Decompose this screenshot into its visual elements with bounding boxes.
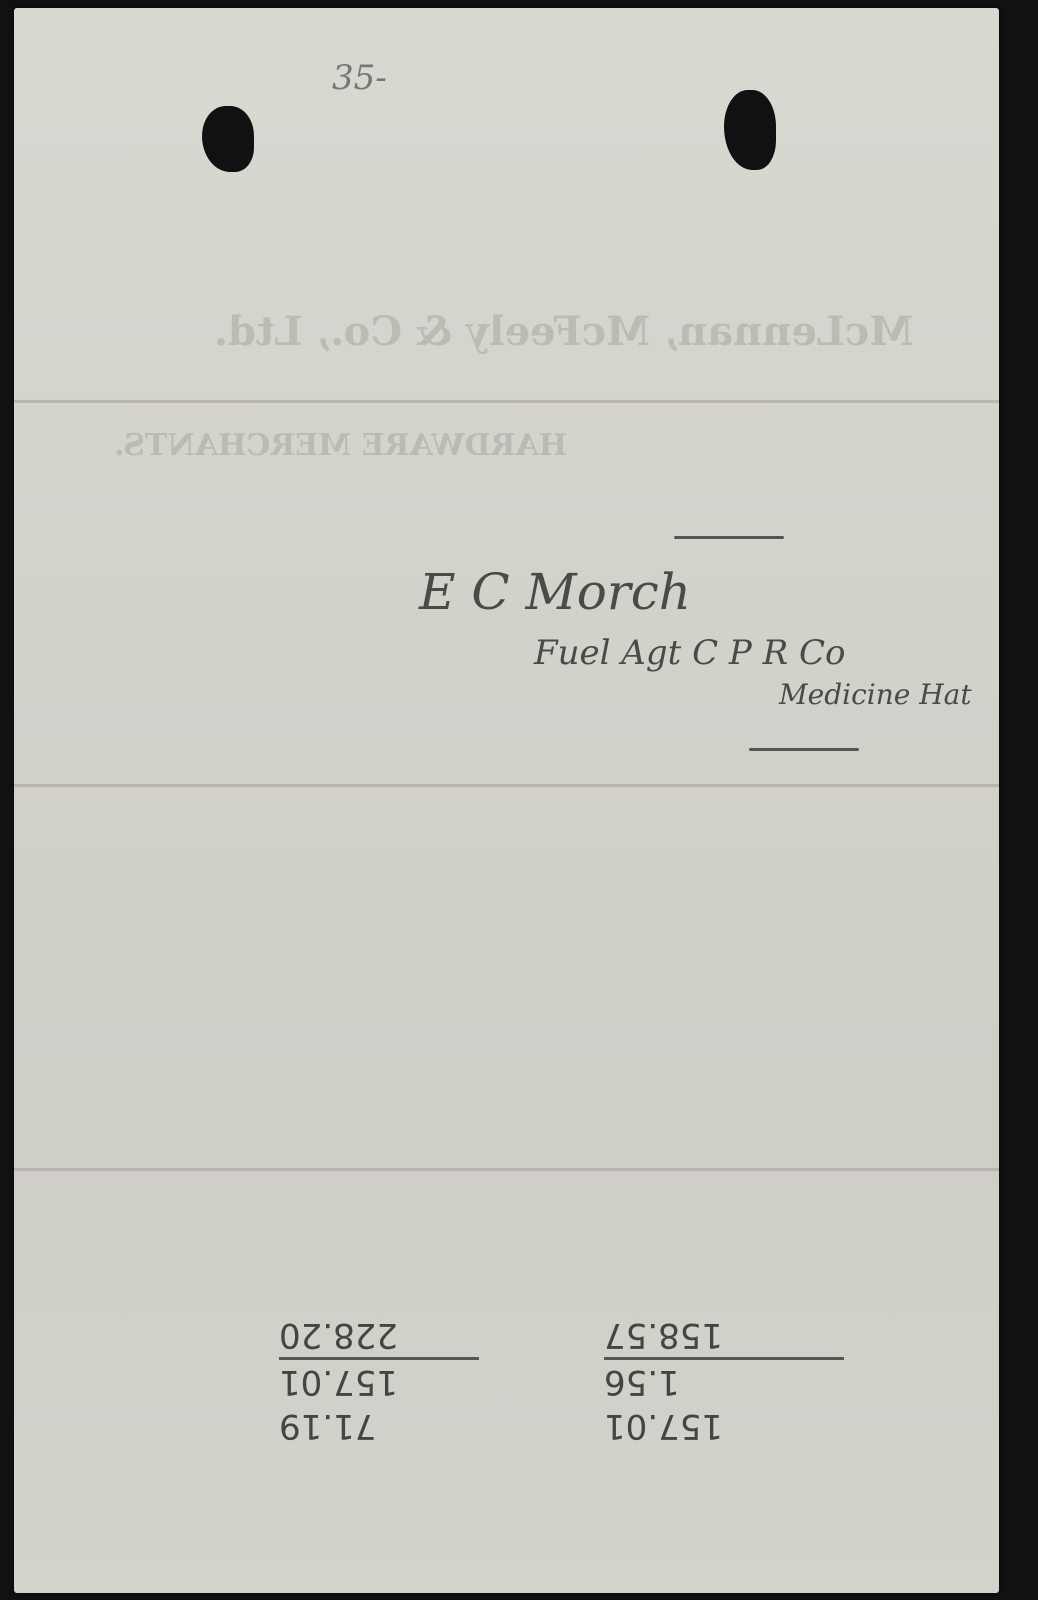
letterhead-company-bleedthrough: McLennan, McFeely & Co., Ltd. <box>214 308 913 355</box>
fold-line-3 <box>14 1168 999 1171</box>
document-page: 35- McLennan, McFeely & Co., Ltd. HARDWA… <box>14 8 999 1593</box>
fold-line-1 <box>14 400 999 403</box>
rule-top <box>674 536 784 539</box>
calc-group-right: 157.01 1.56 158.57 <box>604 1313 844 1448</box>
page-number-note: 35- <box>332 58 387 98</box>
punch-hole-left <box>202 106 254 172</box>
calc-group-left: 71.19 157.01 228.20 <box>279 1313 479 1448</box>
fold-line-2 <box>14 784 999 787</box>
addressee-name: E C Morch <box>419 563 691 621</box>
letterhead-line-bleedthrough: HARDWARE MERCHANTS. <box>114 428 567 463</box>
addressee-place: Medicine Hat <box>779 678 972 711</box>
rule-bottom <box>749 748 859 751</box>
punch-hole-right <box>724 90 776 170</box>
addressee-title: Fuel Agt C P R Co <box>534 633 845 673</box>
